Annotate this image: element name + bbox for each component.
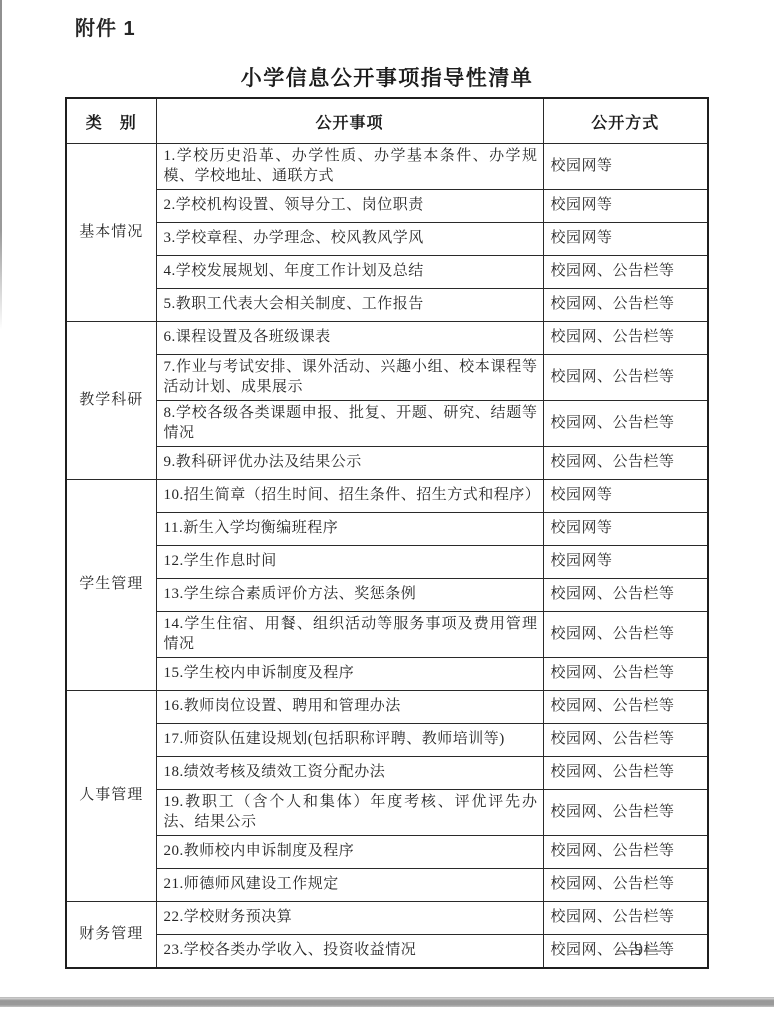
item-cell: 8.学校各级各类课题申报、批复、开题、研究、结题等情况 bbox=[156, 401, 543, 447]
method-cell: 校园网、公告栏等 bbox=[543, 579, 708, 612]
table-row: 11.新生入学均衡编班程序校园网等 bbox=[66, 513, 708, 546]
item-cell: 17.师资队伍建设规划(包括职称评聘、教师培训等) bbox=[156, 724, 543, 757]
item-cell: 7.作业与考试安排、课外活动、兴趣小组、校本课程等活动计划、成果展示 bbox=[156, 355, 543, 401]
item-cell: 20.教师校内申诉制度及程序 bbox=[156, 836, 543, 869]
method-cell: 校园网、公告栏等 bbox=[543, 612, 708, 658]
category-cell: 学生管理 bbox=[66, 480, 156, 691]
table-row: 14.学生住宿、用餐、组织活动等服务事项及费用管理情况校园网、公告栏等 bbox=[66, 612, 708, 658]
table-row: 17.师资队伍建设规划(包括职称评聘、教师培训等)校园网、公告栏等 bbox=[66, 724, 708, 757]
table-row: 9.教科研评优办法及结果公示校园网、公告栏等 bbox=[66, 447, 708, 480]
table-row: 23.学校各类办学收入、投资收益情况校园网、公告栏等 bbox=[66, 935, 708, 969]
table-row: 人事管理16.教师岗位设置、聘用和管理办法校园网、公告栏等 bbox=[66, 691, 708, 724]
table-row: 18.绩效考核及绩效工资分配办法校园网、公告栏等 bbox=[66, 757, 708, 790]
item-cell: 19.教职工（含个人和集体）年度考核、评优评先办法、结果公示 bbox=[156, 790, 543, 836]
item-cell: 2.学校机构设置、领导分工、岗位职责 bbox=[156, 190, 543, 223]
method-cell: 校园网等 bbox=[543, 223, 708, 256]
method-cell: 校园网、公告栏等 bbox=[543, 401, 708, 447]
category-cell: 财务管理 bbox=[66, 902, 156, 969]
table-row: 3.学校章程、办学理念、校风教风学风校园网等 bbox=[66, 223, 708, 256]
header-category: 类 别 bbox=[66, 98, 156, 144]
table-header-row: 类 别 公开事项 公开方式 bbox=[66, 98, 708, 144]
bottom-scrollbar[interactable] bbox=[0, 997, 774, 1007]
item-cell: 15.学生校内申诉制度及程序 bbox=[156, 658, 543, 691]
method-cell: 校园网、公告栏等 bbox=[543, 869, 708, 902]
method-cell: 校园网等 bbox=[543, 144, 708, 190]
item-cell: 18.绩效考核及绩效工资分配办法 bbox=[156, 757, 543, 790]
table-row: 21.师德师风建设工作规定校园网、公告栏等 bbox=[66, 869, 708, 902]
method-cell: 校园网、公告栏等 bbox=[543, 691, 708, 724]
method-cell: 校园网、公告栏等 bbox=[543, 355, 708, 401]
item-cell: 6.课程设置及各班级课表 bbox=[156, 322, 543, 355]
method-cell: 校园网等 bbox=[543, 190, 708, 223]
table-row: 19.教职工（含个人和集体）年度考核、评优评先办法、结果公示校园网、公告栏等 bbox=[66, 790, 708, 836]
item-cell: 14.学生住宿、用餐、组织活动等服务事项及费用管理情况 bbox=[156, 612, 543, 658]
category-cell: 基本情况 bbox=[66, 144, 156, 322]
method-cell: 校园网等 bbox=[543, 513, 708, 546]
item-cell: 23.学校各类办学收入、投资收益情况 bbox=[156, 935, 543, 969]
category-cell: 人事管理 bbox=[66, 691, 156, 902]
item-cell: 21.师德师风建设工作规定 bbox=[156, 869, 543, 902]
item-cell: 3.学校章程、办学理念、校风教风学风 bbox=[156, 223, 543, 256]
method-cell: 校园网、公告栏等 bbox=[543, 902, 708, 935]
item-cell: 5.教职工代表大会相关制度、工作报告 bbox=[156, 289, 543, 322]
method-cell: 校园网等 bbox=[543, 546, 708, 579]
attachment-label: 附件 1 bbox=[75, 12, 136, 41]
method-cell: 校园网等 bbox=[543, 480, 708, 513]
method-cell: 校园网、公告栏等 bbox=[543, 289, 708, 322]
category-cell: 教学科研 bbox=[66, 322, 156, 480]
table-row: 20.教师校内申诉制度及程序校园网、公告栏等 bbox=[66, 836, 708, 869]
item-cell: 22.学校财务预决算 bbox=[156, 902, 543, 935]
table-row: 2.学校机构设置、领导分工、岗位职责校园网等 bbox=[66, 190, 708, 223]
item-cell: 4.学校发展规划、年度工作计划及总结 bbox=[156, 256, 543, 289]
method-cell: 校园网、公告栏等 bbox=[543, 724, 708, 757]
method-cell: 校园网、公告栏等 bbox=[543, 757, 708, 790]
table-row: 8.学校各级各类课题申报、批复、开题、研究、结题等情况校园网、公告栏等 bbox=[66, 401, 708, 447]
table-row: 12.学生作息时间校园网等 bbox=[66, 546, 708, 579]
page-edge-shadow bbox=[0, 0, 2, 330]
table-row: 教学科研6.课程设置及各班级课表校园网、公告栏等 bbox=[66, 322, 708, 355]
table-row: 基本情况1.学校历史沿革、办学性质、办学基本条件、办学规模、学校地址、通联方式校… bbox=[66, 144, 708, 190]
table-row: 学生管理10.招生简章（招生时间、招生条件、招生方式和程序）校园网等 bbox=[66, 480, 708, 513]
item-cell: 11.新生入学均衡编班程序 bbox=[156, 513, 543, 546]
table-row: 4.学校发展规划、年度工作计划及总结校园网、公告栏等 bbox=[66, 256, 708, 289]
table-row: 15.学生校内申诉制度及程序校园网、公告栏等 bbox=[66, 658, 708, 691]
method-cell: 校园网、公告栏等 bbox=[543, 658, 708, 691]
table-row: 5.教职工代表大会相关制度、工作报告校园网、公告栏等 bbox=[66, 289, 708, 322]
method-cell: 校园网、公告栏等 bbox=[543, 790, 708, 836]
page-number: —9— bbox=[617, 940, 663, 960]
item-cell: 12.学生作息时间 bbox=[156, 546, 543, 579]
table-row: 财务管理22.学校财务预决算校园网、公告栏等 bbox=[66, 902, 708, 935]
header-method: 公开方式 bbox=[543, 98, 708, 144]
method-cell: 校园网、公告栏等 bbox=[543, 836, 708, 869]
table-row: 13.学生综合素质评价方法、奖惩条例校园网、公告栏等 bbox=[66, 579, 708, 612]
item-cell: 9.教科研评优办法及结果公示 bbox=[156, 447, 543, 480]
disclosure-table: 类 别 公开事项 公开方式 基本情况1.学校历史沿革、办学性质、办学基本条件、办… bbox=[65, 97, 709, 969]
item-cell: 13.学生综合素质评价方法、奖惩条例 bbox=[156, 579, 543, 612]
item-cell: 16.教师岗位设置、聘用和管理办法 bbox=[156, 691, 543, 724]
method-cell: 校园网、公告栏等 bbox=[543, 256, 708, 289]
document-page: { "page": { "attachment_label": "附件 1", … bbox=[0, 0, 774, 1024]
table-row: 7.作业与考试安排、课外活动、兴趣小组、校本课程等活动计划、成果展示校园网、公告… bbox=[66, 355, 708, 401]
table-body: 基本情况1.学校历史沿革、办学性质、办学基本条件、办学规模、学校地址、通联方式校… bbox=[66, 144, 708, 969]
header-item: 公开事项 bbox=[156, 98, 543, 144]
item-cell: 10.招生简章（招生时间、招生条件、招生方式和程序） bbox=[156, 480, 543, 513]
document-title: 小学信息公开事项指导性清单 bbox=[0, 62, 774, 92]
method-cell: 校园网、公告栏等 bbox=[543, 322, 708, 355]
item-cell: 1.学校历史沿革、办学性质、办学基本条件、办学规模、学校地址、通联方式 bbox=[156, 144, 543, 190]
method-cell: 校园网、公告栏等 bbox=[543, 447, 708, 480]
